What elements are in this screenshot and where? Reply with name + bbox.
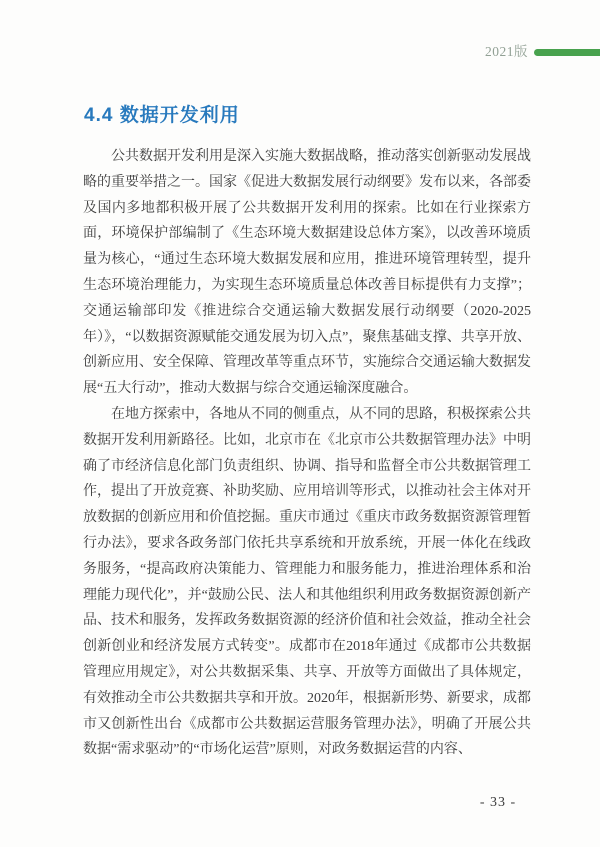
section-heading: 4.4 数据开发利用 [84, 105, 240, 127]
edition-label: 2021版 [485, 44, 528, 59]
page-number: - 33 - [480, 795, 516, 810]
page-footer: - 33 - [448, 795, 548, 811]
page-header: 2021版 [0, 43, 600, 61]
paragraph-national-exploration: 公共数据开发利用是深入实施大数据战略，推动落实创新驱动发展战略的重要举措之一。国… [83, 144, 531, 402]
paragraph-local-exploration: 在地方探索中，各地从不同的侧重点，从不同的思路，积极探索公共数据开发利用新路径。… [83, 402, 531, 763]
document-page: 2021版 4.4 数据开发利用 公共数据开发利用是深入实施大数据战略，推动落实… [0, 0, 600, 847]
header-rule-bar [534, 49, 600, 56]
body-text: 公共数据开发利用是深入实施大数据战略，推动落实创新驱动发展战略的重要举措之一。国… [83, 144, 531, 763]
